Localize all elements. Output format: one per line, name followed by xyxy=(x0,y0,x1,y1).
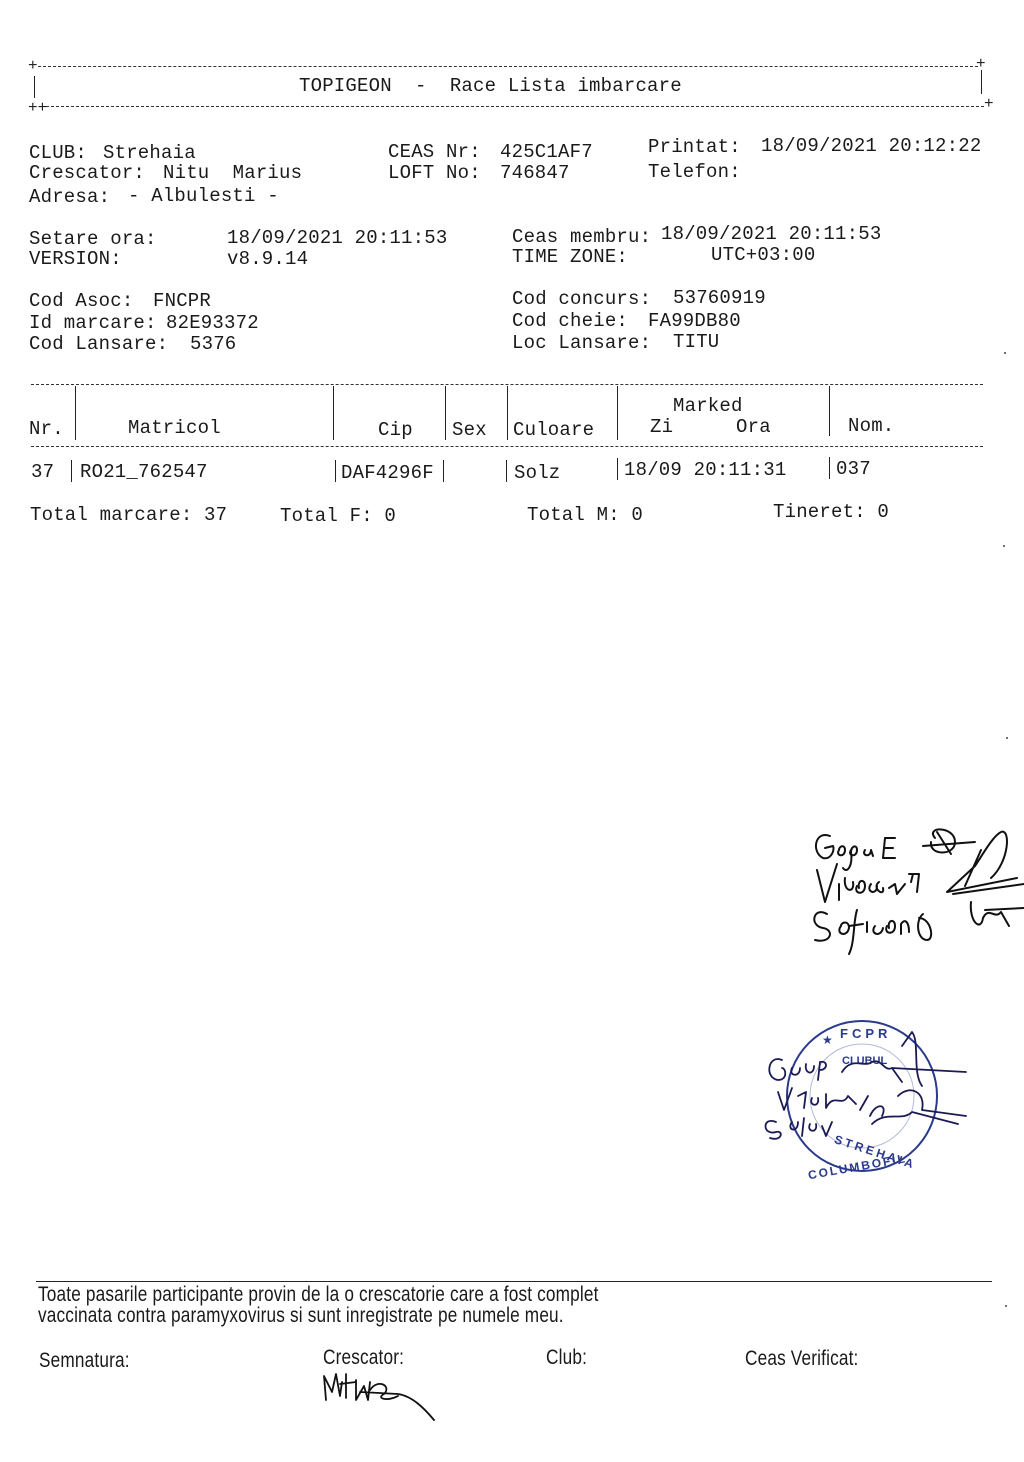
svg-text:★: ★ xyxy=(822,1033,833,1047)
col-divider xyxy=(829,457,830,479)
col-divider xyxy=(617,458,618,480)
cell-matricol: RO21_762547 xyxy=(80,462,208,483)
cell-nom: 037 xyxy=(836,459,871,480)
club-stamp: ★ FCPR CLUBUL STREHAIA COLUMBOFIL xyxy=(752,1012,972,1187)
id-marcare-value: 82E93372 xyxy=(166,313,259,334)
time-zone-value: UTC+03:00 xyxy=(711,245,815,266)
crescator-label: Crescator: xyxy=(29,163,145,184)
loc-lansare-label: Loc Lansare: xyxy=(512,333,651,354)
adresa-value: - Albulesti - xyxy=(128,186,279,207)
box-corner: ++ xyxy=(28,100,47,116)
crescator-value: Nitu Marius xyxy=(163,163,302,184)
table-header-rule xyxy=(31,446,983,447)
setare-ora-value: 18/09/2021 20:11:53 xyxy=(227,228,447,249)
total-m: Total M: 0 xyxy=(527,505,643,526)
ceas-nr-value: 425C1AF7 xyxy=(500,142,593,163)
col-divider xyxy=(71,460,72,482)
scan-speck xyxy=(1005,1305,1007,1307)
svg-text:COLUMBOFIL: COLUMBOFIL xyxy=(807,1151,908,1182)
col-header-nom: Nom. xyxy=(848,416,894,437)
cod-lansare-value: 5376 xyxy=(190,334,236,355)
col-header-sex: Sex xyxy=(452,420,487,441)
col-divider xyxy=(445,386,446,440)
scan-speck xyxy=(1003,545,1005,547)
loc-lansare-value: TITU xyxy=(673,332,719,353)
cell-cip: DAF4296F xyxy=(341,463,434,484)
col-header-culoare: Culoare xyxy=(513,420,594,441)
club-value: Strehaia xyxy=(103,143,196,164)
version-label: VERSION: xyxy=(29,249,122,270)
telefon-label: Telefon: xyxy=(648,162,741,183)
cod-asoc-label: Cod Asoc: xyxy=(29,291,133,312)
printat-label: Printat: xyxy=(648,137,741,158)
loft-no-value: 746847 xyxy=(500,163,570,184)
cell-nr: 37 xyxy=(31,462,54,483)
version-value: v8.9.14 xyxy=(227,249,308,270)
cell-culoare: Solz xyxy=(514,463,560,484)
col-header-cip: Cip xyxy=(378,420,413,441)
header-bottom-border xyxy=(46,106,984,107)
setare-ora-label: Setare ora: xyxy=(29,229,157,250)
col-header-marked: Marked xyxy=(673,396,743,417)
cod-asoc-value: FNCPR xyxy=(153,291,211,312)
stamp-top-text: FCPR xyxy=(840,1026,891,1041)
col-divider xyxy=(829,386,830,436)
col-divider xyxy=(75,386,76,440)
id-marcare-label: Id marcare: xyxy=(29,313,157,334)
declaration-line-2: vaccinata contra paramyxovirus si sunt i… xyxy=(38,1305,564,1326)
ceas-membru-label: Ceas membru: xyxy=(512,227,651,248)
col-header-zi: Zi xyxy=(650,417,673,438)
scan-speck xyxy=(1004,352,1006,354)
cod-cheie-label: Cod cheie: xyxy=(512,311,628,332)
cell-marked: 18/09 20:11:31 xyxy=(624,460,786,481)
col-divider xyxy=(617,386,618,440)
declaration-line-1: Toate pasarile participante provin de la… xyxy=(38,1284,599,1305)
scan-speck xyxy=(1006,737,1008,739)
crescator-signature xyxy=(320,1370,440,1422)
col-divider xyxy=(335,460,336,482)
col-header-nr: Nr. xyxy=(29,419,64,440)
col-header-ora: Ora xyxy=(736,417,771,438)
cod-cheie-value: FA99DB80 xyxy=(648,311,741,332)
col-divider xyxy=(506,460,507,482)
cod-concurs-value: 53760919 xyxy=(673,288,766,309)
header-right-border xyxy=(981,70,982,94)
header-left-border xyxy=(34,76,35,98)
club-sign-label: Club: xyxy=(546,1347,587,1368)
committee-signatures xyxy=(805,822,1024,957)
semnatura-label: Semnatura: xyxy=(39,1350,130,1371)
printat-value: 18/09/2021 20:12:22 xyxy=(761,136,981,157)
tineret: Tineret: 0 xyxy=(773,502,889,523)
total-marcare: Total marcare: 37 xyxy=(30,505,227,526)
ceas-membru-value: 18/09/2021 20:11:53 xyxy=(661,224,881,245)
col-header-matricol: Matricol xyxy=(128,418,221,439)
ceas-nr-label: CEAS Nr: xyxy=(388,142,481,163)
loft-no-label: LOFT No: xyxy=(388,163,481,184)
header-top-border xyxy=(38,66,978,67)
time-zone-label: TIME ZONE: xyxy=(512,247,628,268)
box-corner: + xyxy=(984,96,994,112)
table-top-rule xyxy=(31,384,983,385)
col-divider xyxy=(443,460,444,482)
cod-lansare-label: Cod Lansare: xyxy=(29,334,168,355)
col-divider xyxy=(333,386,334,440)
col-divider xyxy=(507,386,508,440)
cod-concurs-label: Cod concurs: xyxy=(512,289,651,310)
total-f: Total F: 0 xyxy=(280,506,396,527)
ceas-verificat-label: Ceas Verificat: xyxy=(745,1348,858,1369)
club-label: CLUB: xyxy=(29,143,87,164)
box-corner: + xyxy=(28,58,38,74)
adresa-label: Adresa: xyxy=(29,187,110,208)
crescator-sign-label: Crescator: xyxy=(323,1347,404,1368)
footer-rule xyxy=(36,1281,992,1282)
page-title: TOPIGEON - Race Lista imbarcare xyxy=(299,76,682,97)
